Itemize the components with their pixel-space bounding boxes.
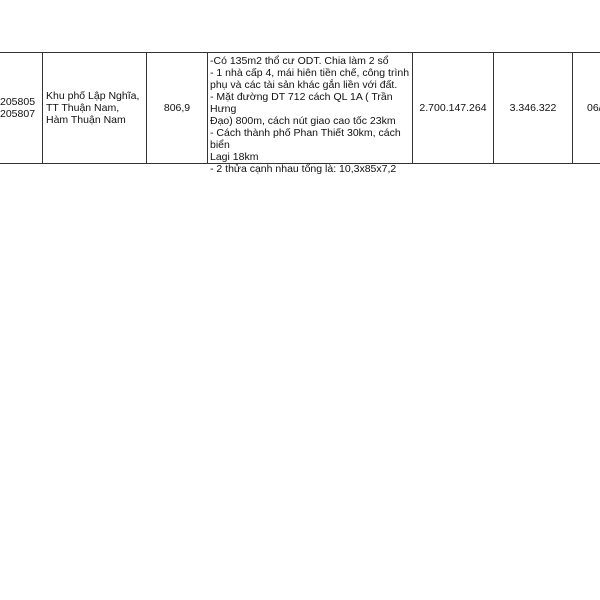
description-line: Đạo) 800m, cách nút giao cao tốc 23km	[210, 115, 410, 127]
document-page: 205805 205807 Khu phố Lập Nghĩa, TT Thuậ…	[0, 0, 600, 600]
description-line: - 2 thửa cạnh nhau tổng là: 10,3x85x7,2	[210, 163, 410, 175]
parcel-id: 205805	[0, 96, 35, 108]
description-line: -Có 135m2 thổ cư ODT. Chia làm 2 sổ	[210, 55, 410, 67]
unit-price-value: 3.346.322	[510, 102, 557, 114]
address-cell: Khu phố Lập Nghĩa, TT Thuận Nam, Hàm Thu…	[43, 53, 147, 163]
parcel-id-cell: 205805 205807	[0, 53, 43, 163]
description-line: Lagi 18km	[210, 151, 410, 163]
area-cell: 806,9	[147, 53, 208, 163]
description-line: phụ và các tài sản khác gắn liền với đất…	[210, 79, 410, 91]
price-cell: 2.700.147.264	[413, 53, 494, 163]
parcel-id: 205807	[0, 108, 35, 120]
date-cell: 06/	[573, 53, 600, 163]
date-value: 06/	[587, 102, 600, 114]
description-line: - Cách thành phố Phan Thiết 30km, cách b…	[210, 127, 410, 151]
address-text: Khu phố Lập Nghĩa, TT Thuận Nam, Hàm Thu…	[46, 90, 144, 126]
area-value: 806,9	[164, 102, 190, 114]
description-line: - 1 nhà cấp 4, mái hiên tiền chế, công t…	[210, 67, 410, 79]
description-cell: -Có 135m2 thổ cư ODT. Chia làm 2 sổ - 1 …	[208, 53, 413, 163]
table-row: 205805 205807 Khu phố Lập Nghĩa, TT Thuậ…	[0, 52, 600, 164]
description-line: - Mặt đường DT 712 cách QL 1A ( Trần Hưn…	[210, 91, 410, 115]
unit-price-cell: 3.346.322	[494, 53, 573, 163]
price-value: 2.700.147.264	[419, 102, 486, 114]
